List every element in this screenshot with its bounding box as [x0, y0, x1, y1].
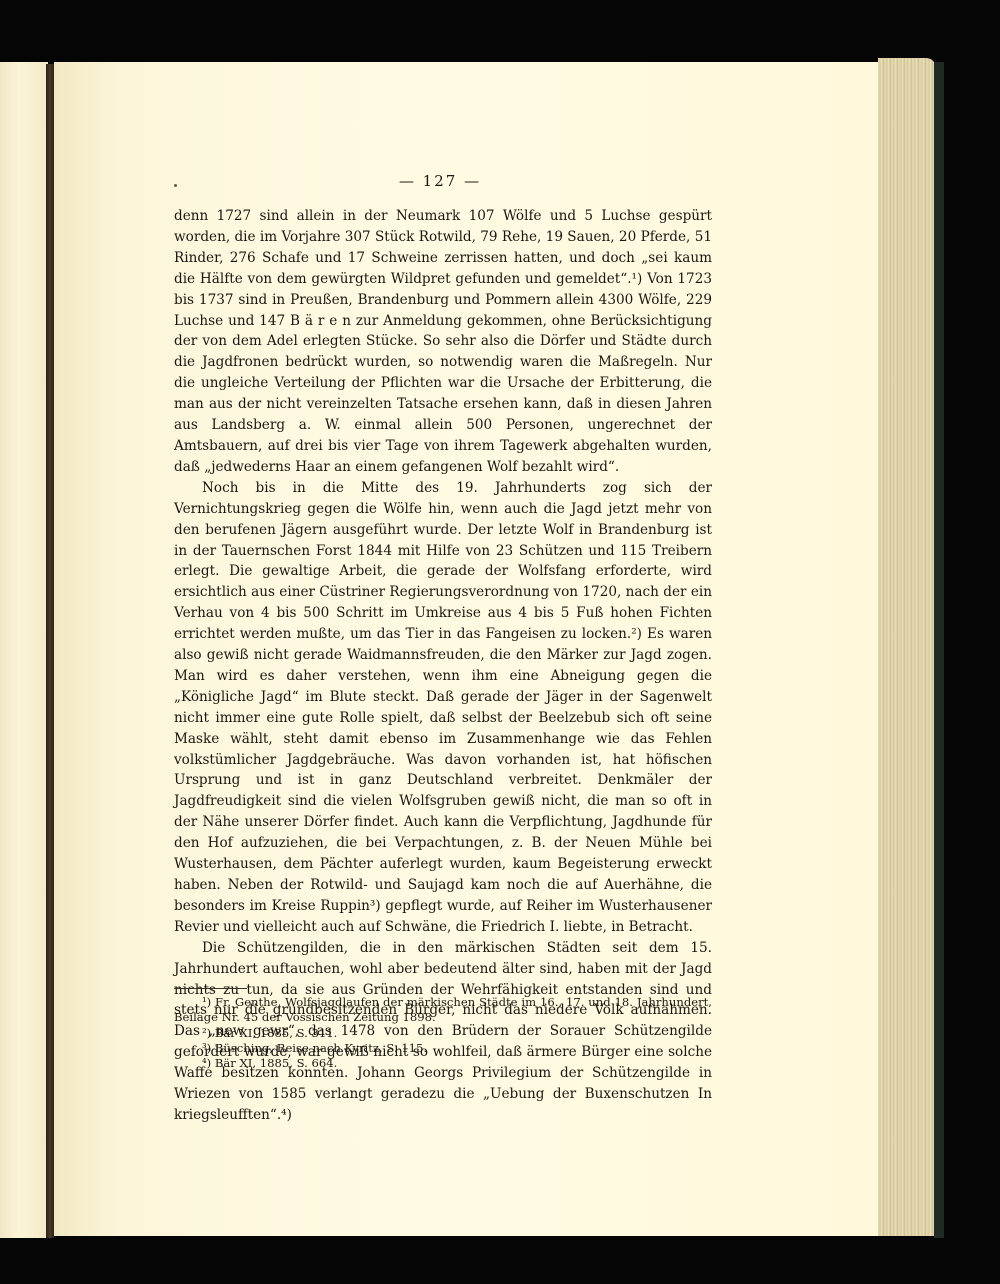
book-gutter: [46, 64, 54, 1238]
footnote: ¹) Fr. Genthe, Wolfsjagdlaufen der märki…: [174, 995, 712, 1026]
paragraph: Noch bis in die Mitte des 19. Jahrhunder…: [174, 478, 712, 938]
page-number: — 127 —: [385, 172, 495, 190]
body-text: denn 1727 sind allein in der Neumark 107…: [174, 206, 712, 1126]
paper-speck: [174, 184, 177, 187]
paragraph: denn 1727 sind allein in der Neumark 107…: [174, 206, 712, 478]
footnotes: ¹) Fr. Genthe, Wolfsjagdlaufen der märki…: [174, 995, 712, 1071]
footnote: ³) Büsching, Reise nach Kyritz, S. 115.: [174, 1041, 712, 1056]
footnote: ⁴) Bär XI, 1885, S. 664.: [174, 1056, 712, 1071]
page-block-edges: [878, 58, 936, 1236]
left-page-edge: [0, 62, 48, 1238]
footnote-divider: [174, 988, 247, 989]
book-cover-edge: [934, 62, 944, 1238]
footnote: ²) Bär XI, 1885, S. 311.: [174, 1026, 712, 1041]
